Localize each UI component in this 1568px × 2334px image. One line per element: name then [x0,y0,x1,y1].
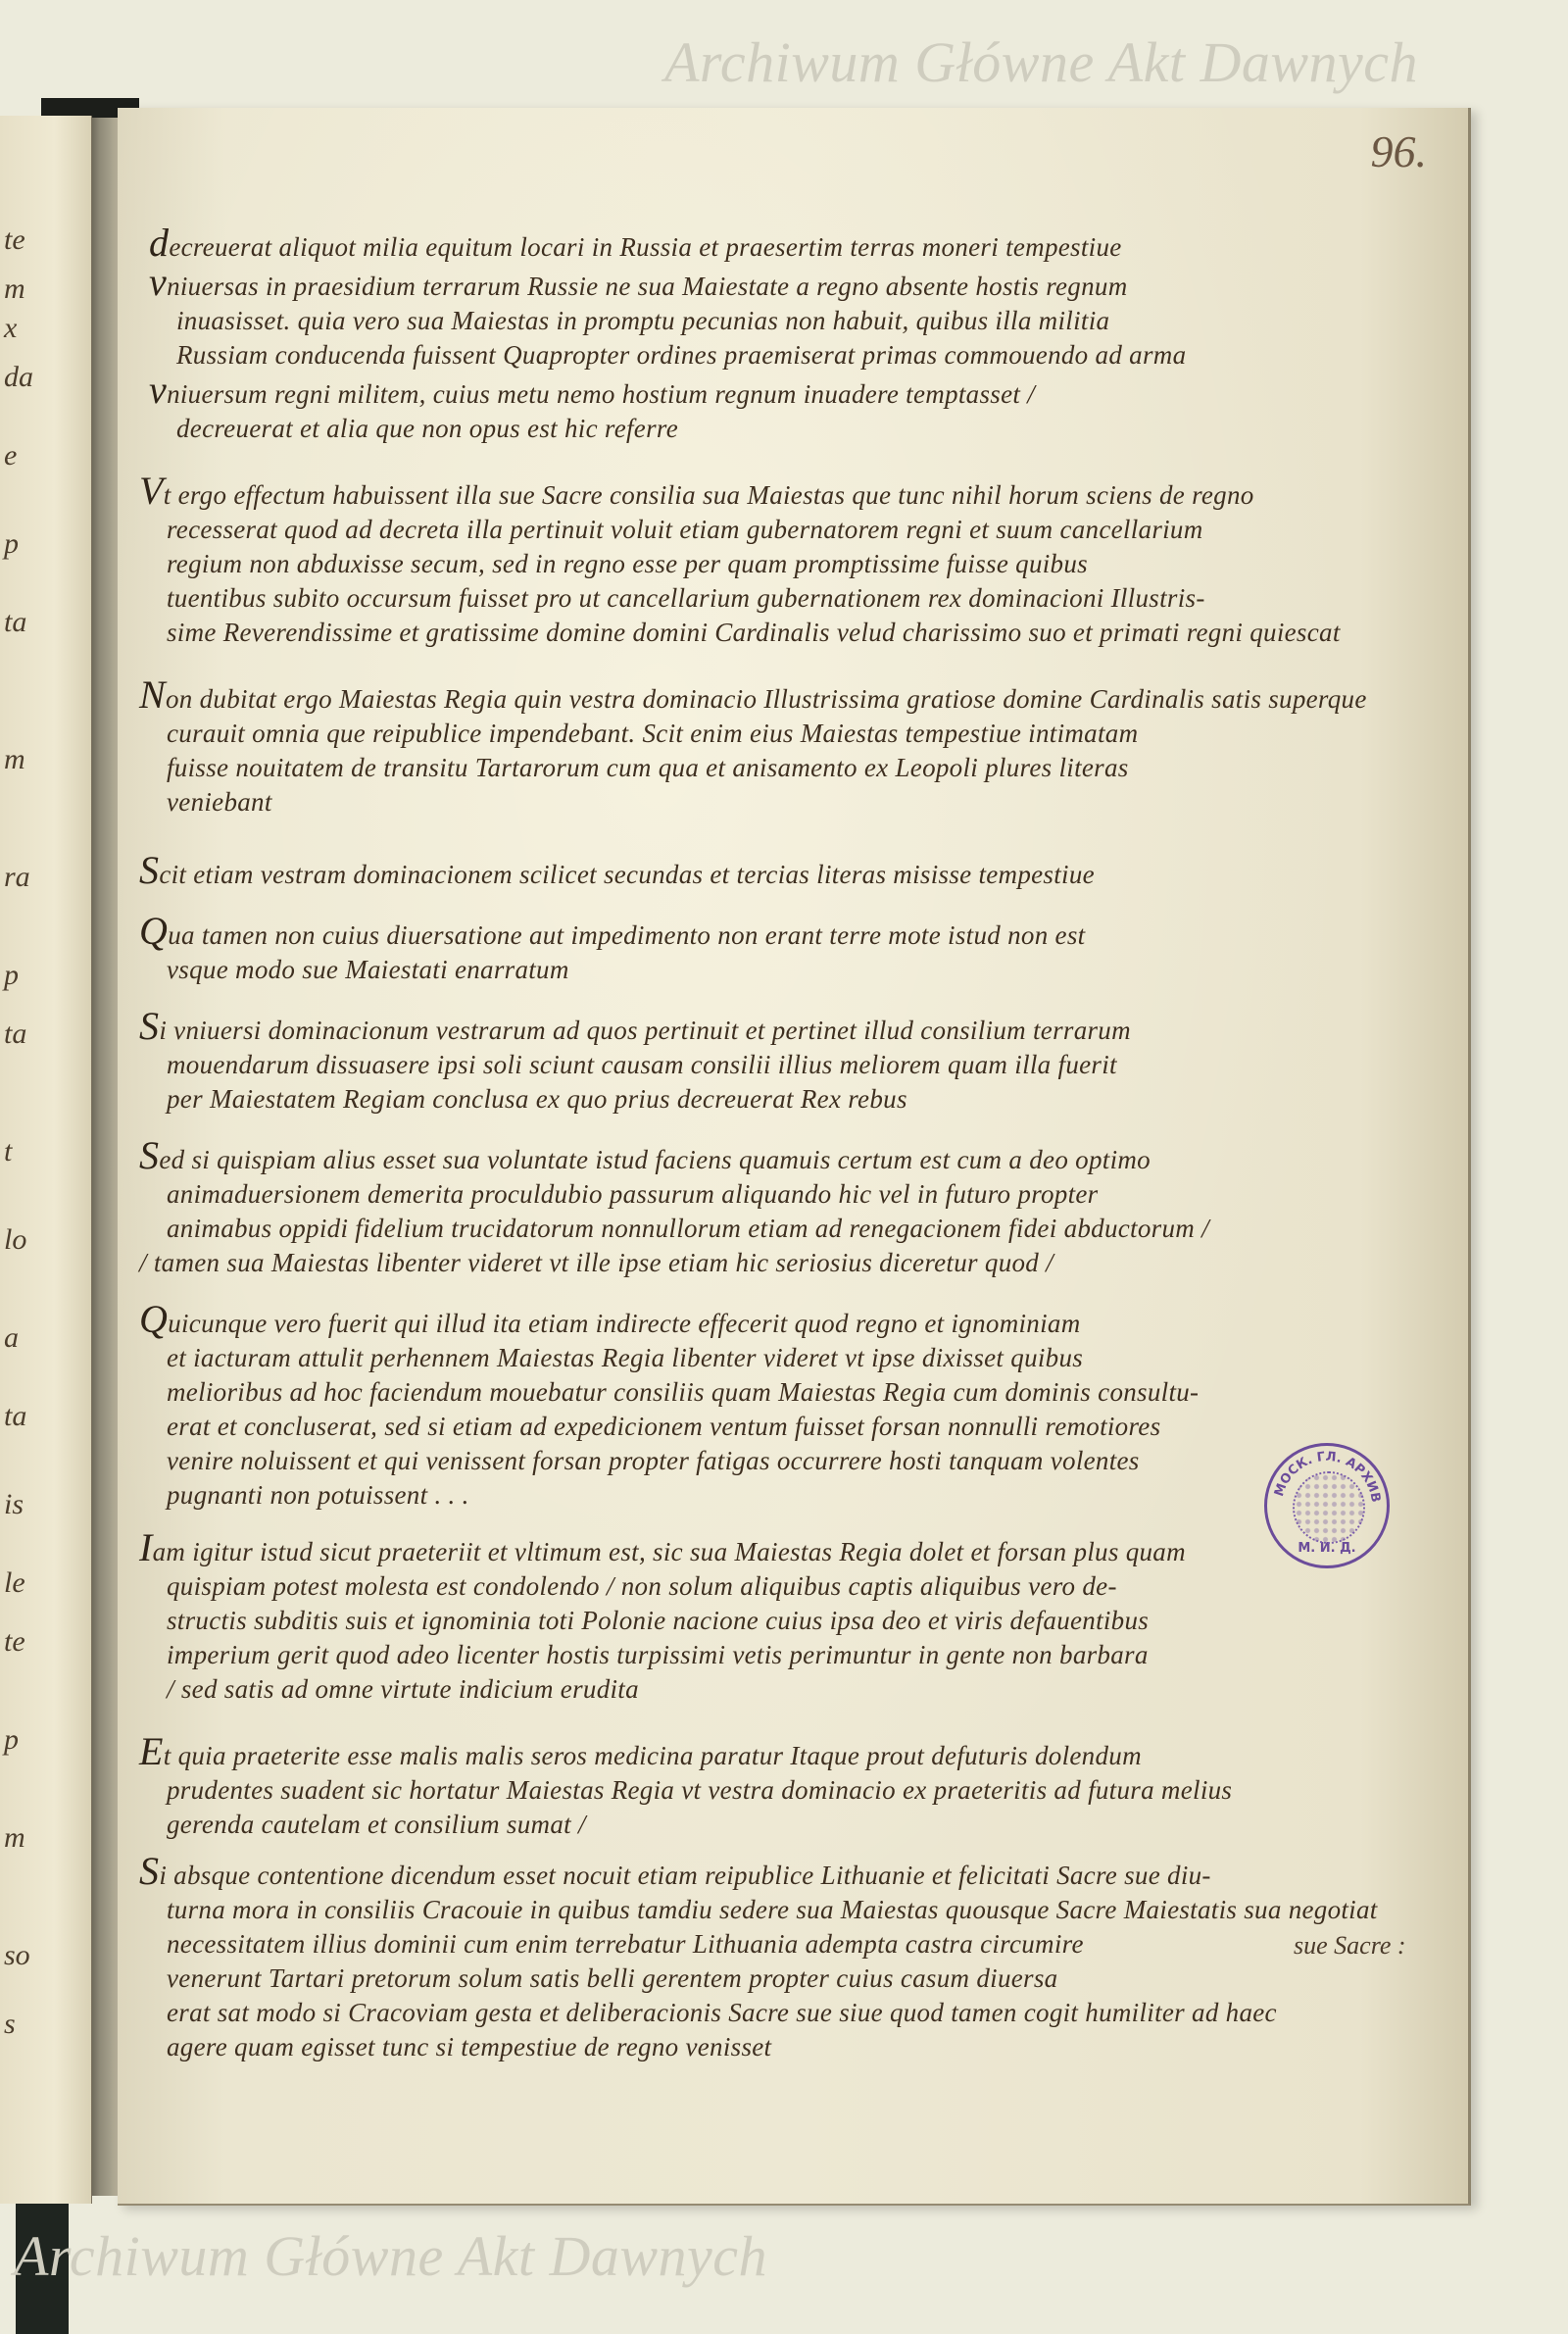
text-line: Si absque contentione dicendum esset noc… [139,1854,1413,1893]
fragment: s [4,2008,16,2041]
text-line: Russiam conducenda fuissent Quapropter o… [149,338,1413,372]
text-line: veniebant [139,785,1413,819]
text-line: decreuerat et alia que non opus est hic … [149,412,1413,446]
paragraph: Vt ergo effectum habuissent illa sue Sac… [139,473,1413,650]
text-line: animabus oppidi fidelium trucidatorum no… [139,1212,1413,1246]
fragment: p [4,959,19,992]
text-line: Scit etiam vestram dominacionem scilicet… [139,853,1413,892]
text-line: vniuersas in praesidium terrarum Russie … [149,265,1413,304]
fragment: e [4,439,17,472]
fragment: a [4,1321,19,1355]
text-line: necessitatem illius dominii cum enim ter… [139,1927,1413,1962]
text-line: regium non abduxisse secum, sed in regno… [139,547,1413,581]
text-line: Non dubitat ergo Maiestas Regia quin ves… [139,677,1413,717]
text-line: Et quia praeterite esse malis malis sero… [139,1734,1413,1773]
text-line: prudentes suadent sic hortatur Maiestas … [139,1773,1413,1808]
fragment: p [4,1723,19,1757]
text-line: recesserat quod ad decreta illa pertinui… [139,513,1413,547]
text-line: Qua tamen non cuius diuersatione aut imp… [139,914,1413,953]
text-line: mouendarum dissuasere ipsi soli sciunt c… [139,1048,1413,1082]
text-line: decreuerat aliquot milia equitum locari … [149,225,1413,265]
text-line: sime Reverendissime et gratissime domine… [139,616,1413,650]
text-line: / tamen sua Maiestas libenter videret vt… [139,1246,1413,1280]
archive-watermark-top: Archiwum Główne Akt Dawnych [664,29,1418,95]
paragraph: Non dubitat ergo Maiestas Regia quin ves… [139,677,1413,819]
text-line: / sed satis ad omne virtute indicium eru… [139,1672,1413,1707]
paragraph: Et quia praeterite esse malis malis sero… [139,1734,1413,1842]
fragment: so [4,1939,30,1972]
text-line: tuentibus subito occursum fuisset pro ut… [139,581,1413,616]
text-line: curauit omnia que reipublice impendebant… [139,717,1413,751]
folio-number: 96. [1371,125,1428,177]
fragment: m [4,743,25,776]
text-line: quispiam potest molesta est condolendo /… [139,1569,1413,1604]
fragment: da [4,361,33,394]
manuscript-text: decreuerat aliquot milia equitum locari … [139,225,1413,2064]
fragment: te [4,1625,25,1659]
text-line: Vt ergo effectum habuissent illa sue Sac… [139,473,1413,513]
facing-page-left: te m x da e p ta m ra p ta t lo a ta is … [0,116,92,2204]
book-gutter [92,118,118,2196]
margin-note: sue Sacre : [1294,1931,1406,1961]
paragraph: Iam igitur istud sicut praeteriit et vlt… [139,1530,1413,1707]
text-line: Si vniuersi dominacionum vestrarum ad qu… [139,1009,1413,1048]
paragraph: Si absque contentione dicendum esset noc… [139,1854,1413,2064]
text-line: erat sat modo si Cracoviam gesta et deli… [139,1996,1413,2030]
seal-eagle-emblem-icon [1293,1471,1365,1544]
text-line: erat et concluserat, sed si etiam ad exp… [139,1410,1413,1444]
text-line: Iam igitur istud sicut praeteriit et vlt… [139,1530,1413,1569]
manuscript-page: 96. decreuerat aliquot milia equitum loc… [118,108,1471,2206]
text-line: animaduersionem demerita proculdubio pas… [139,1177,1413,1212]
fragment: t [4,1135,12,1168]
fragment: te [4,223,25,257]
paragraph: Si vniuersi dominacionum vestrarum ad qu… [139,1009,1413,1117]
text-line: inuasisset. quia vero sua Maiestas in pr… [149,304,1413,338]
text-line: pugnanti non potuissent . . . [139,1478,1413,1513]
fragment: x [4,312,17,345]
paragraph: Sed si quispiam alius esset sua voluntat… [139,1138,1413,1280]
text-line: structis subditis suis et ignominia toti… [139,1604,1413,1638]
fragment: lo [4,1223,26,1257]
fragment: p [4,527,19,561]
text-line: venerunt Tartari pretorum solum satis be… [139,1962,1413,1996]
paragraph: Quicunque vero fuerit qui illud ita etia… [139,1302,1413,1513]
text-line: Sed si quispiam alius esset sua voluntat… [139,1138,1413,1177]
text-line: vniuersum regni militem, cuius metu nemo… [149,372,1413,412]
archive-seal-stamp: МОСК. ГЛ. АРХИВЪ М. И. Д. [1264,1443,1390,1568]
fragment: is [4,1488,24,1521]
facing-page-text-fragments: te m x da e p ta m ra p ta t lo a ta is … [0,116,91,2204]
text-line: Quicunque vero fuerit qui illud ita etia… [139,1302,1413,1341]
text-line: et iacturam attulit perhennem Maiestas R… [139,1341,1413,1375]
paragraph: Qua tamen non cuius diuersatione aut imp… [139,914,1413,987]
text-line: per Maiestatem Regiam conclusa ex quo pr… [139,1082,1413,1117]
fragment: ta [4,1018,26,1051]
archive-watermark-bottom: Archiwum Główne Akt Dawnych [14,2223,767,2289]
text-line: turna mora in consiliis Cracouie in quib… [139,1893,1413,1927]
paragraph: Scit etiam vestram dominacionem scilicet… [139,853,1413,892]
text-line: venire noluissent et qui venissent forsa… [139,1444,1413,1478]
text-line: vsque modo sue Maiestati enarratum [139,953,1413,987]
paragraph: decreuerat aliquot milia equitum locari … [149,225,1413,446]
fragment: m [4,273,25,306]
fragment: ta [4,1400,26,1433]
text-line: melioribus ad hoc faciendum mouebatur co… [139,1375,1413,1410]
text-line: imperium gerit quod adeo licenter hostis… [139,1638,1413,1672]
text-line: agere quam egisset tunc si tempestiue de… [139,2030,1413,2064]
fragment: ta [4,606,26,639]
fragment: m [4,1821,25,1855]
text-line: gerenda cautelam et consilium sumat / [139,1808,1413,1842]
text-line: fuisse nouitatem de transitu Tartarorum … [139,751,1413,785]
fragment: le [4,1566,25,1600]
fragment: ra [4,861,30,894]
